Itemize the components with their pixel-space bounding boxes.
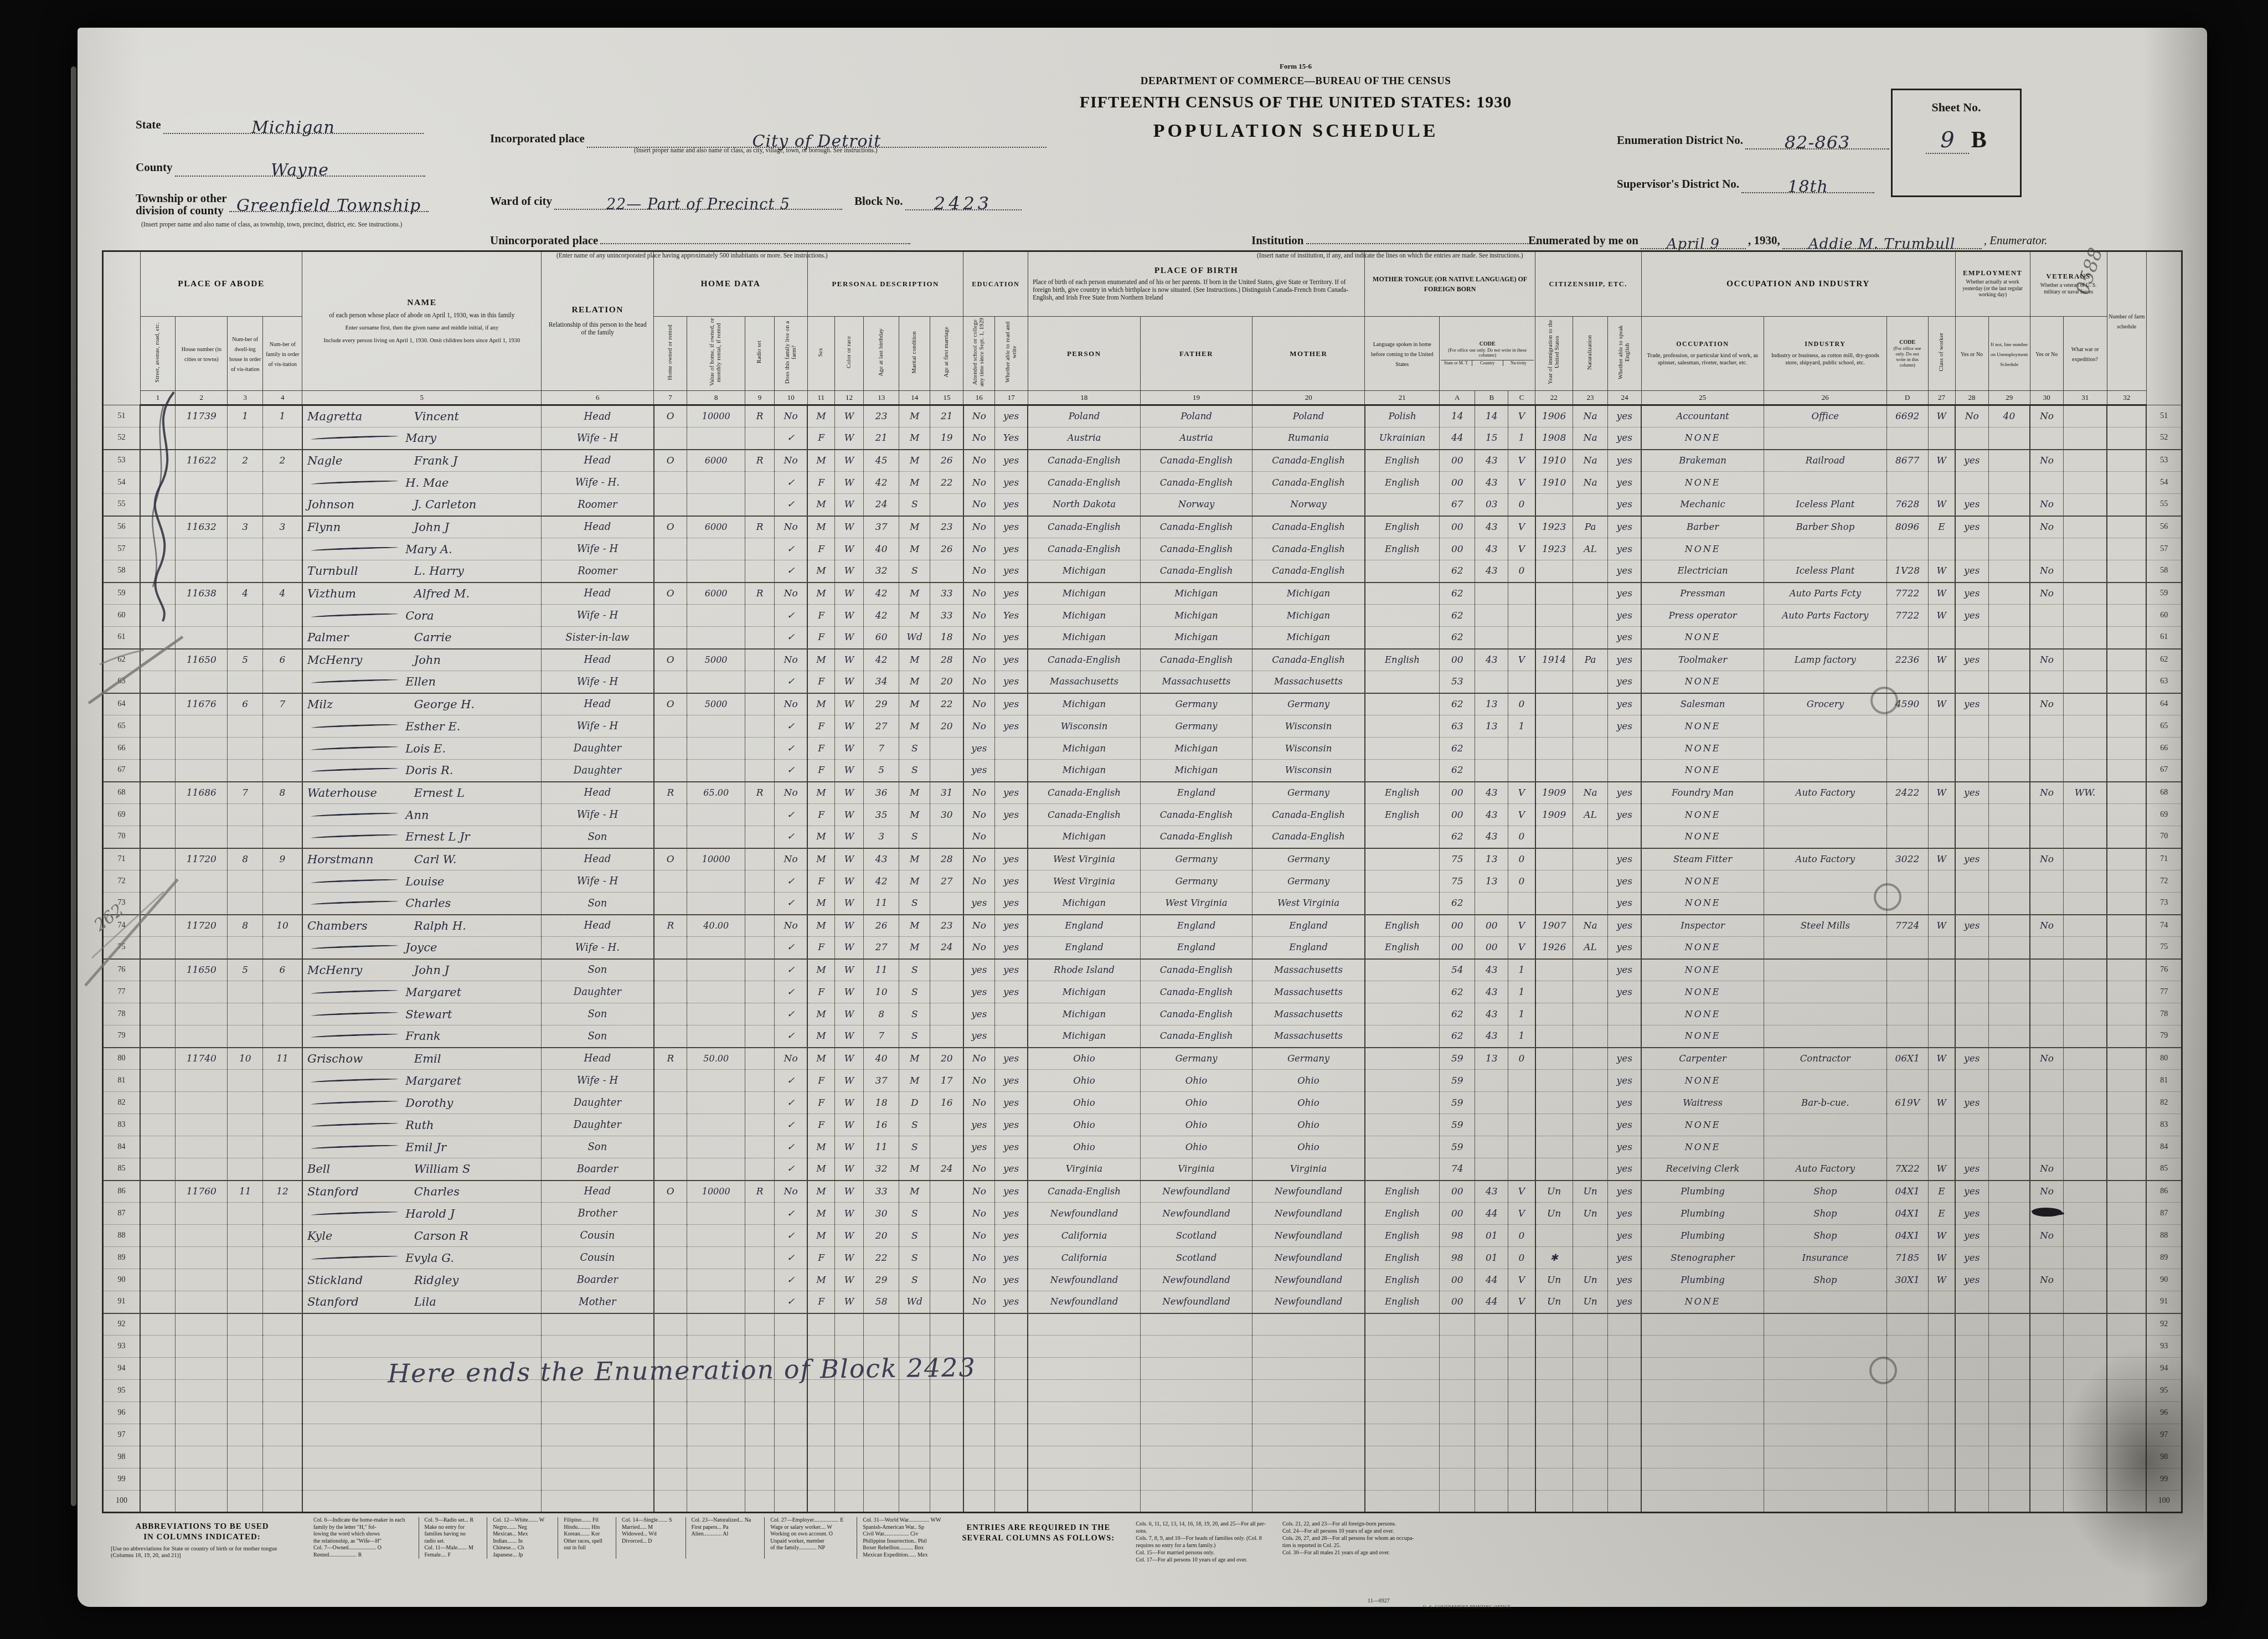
cell-birth-father: Norway [1140,494,1252,516]
cell-naturalization [1573,959,1608,981]
cell-birth-person: Canada-English [1028,516,1140,538]
cell-sex: F [807,1247,834,1269]
cell-class-of-worker [1928,1070,1955,1092]
cell-code-d [1886,937,1928,959]
cell-birth-mother: England [1252,915,1365,937]
cell-race: W [834,1203,864,1225]
cell-farm: ✓ [774,893,807,915]
cell-unemployment-line [1988,760,2030,782]
cell-radio [745,870,775,893]
cell-farm-schedule [2107,693,2146,715]
cell-radio [745,738,775,760]
line-number: 92 [2146,1313,2182,1336]
cell-school: No [963,1048,994,1070]
cell-race [834,1491,864,1513]
cell-naturalization: Un [1573,1203,1608,1225]
cell-code-d [1886,760,1928,782]
cell-age-married: 16 [930,1092,963,1114]
table-row: 85BellWilliam SBoarder✓MW32M24NoyesVirgi… [103,1158,2182,1181]
column-number: 5 [302,391,542,405]
cell-home-value [687,826,745,848]
cell-sex: F [807,1092,834,1114]
cell-code-a: 62 [1440,627,1475,649]
cell-unemployment-line [1988,915,2030,937]
cell-occupation: Toolmaker [1641,649,1764,671]
cell-relation: Boarder [542,1158,654,1181]
cell-code-a: 62 [1440,1003,1475,1025]
cell-name: JohnsonJ. Carleton [302,494,542,516]
table-row: 9999 [103,1468,2182,1491]
cell-street [140,1158,176,1181]
cell-house-number: 11686 [176,782,228,804]
cell-school: No [963,1092,994,1114]
cell-code-a: 00 [1440,1203,1475,1225]
cell-radio [745,826,775,848]
cell-read-write: yes [994,937,1028,959]
cell-relation: Boarder [542,1269,654,1291]
cell-code-d: 04X1 [1886,1203,1928,1225]
cell-radio [745,671,775,693]
cell-race: W [834,915,864,937]
cell-code-b [1475,583,1508,605]
column-number: 26 [1764,391,1887,405]
cell-english: yes [1608,516,1641,538]
header-naturalization: Naturalization [1573,317,1608,391]
cell-name: Ruth [302,1114,542,1136]
cell-code-d [1886,1402,1928,1424]
cell-english: yes [1608,427,1641,450]
cell-age-married: 24 [930,937,963,959]
cell-class-of-worker: W [1928,405,1955,427]
cell-school: yes [963,760,994,782]
cell-industry: Shop [1764,1181,1887,1203]
cell-house-number [176,804,228,826]
cell-code-a: 63 [1440,715,1475,738]
cell-owned-rented [654,1446,687,1468]
cell-class-of-worker [1928,1402,1955,1424]
cell-veteran [2030,1446,2063,1468]
cell-farm: ✓ [774,671,807,693]
column-number: 31 [2063,391,2107,405]
cell-age: 23 [864,405,899,427]
cell-english: yes [1608,1203,1641,1225]
cell-work-yesterday [1955,1424,1988,1446]
cell-dwelling [228,1402,263,1424]
cell-marital: M [899,848,930,870]
cell-birth-person: England [1028,915,1140,937]
cell-farm-schedule [2107,870,2146,893]
cell-birth-father: England [1140,915,1252,937]
cell-code-c: 0 [1508,1225,1535,1247]
incorporated-field: Incorporated place City of Detroit (Inse… [490,127,1047,148]
cell-industry [1764,472,1887,494]
line-number: 86 [2146,1181,2182,1203]
cell-birth-mother: Newfoundland [1252,1203,1365,1225]
cell-owned-rented [654,1203,687,1225]
cell-age-married [930,826,963,848]
cell-sex: M [807,494,834,516]
cell-war [2063,1070,2107,1092]
cell-class-of-worker: W [1928,1247,1955,1269]
column-number: 16 [963,391,994,405]
cell-sex: M [807,405,834,427]
cell-code-a: 62 [1440,1025,1475,1048]
cell-farm-schedule [2107,959,2146,981]
cell-birth-mother: Germany [1252,693,1365,715]
cell-dwelling [228,1468,263,1491]
cell-code-b [1475,671,1508,693]
cell-relation: Brother [542,1203,654,1225]
cell-birth-person: Newfoundland [1028,1291,1140,1313]
cell-immigration-year: Un [1535,1203,1573,1225]
line-number: 53 [2146,450,2182,472]
line-number: 89 [103,1247,141,1269]
cell-home-value: 10000 [687,848,745,870]
cell-war [2063,560,2107,583]
cell-race: W [834,560,864,583]
cell-naturalization: Pa [1573,649,1608,671]
cell-code-a [1440,1446,1475,1468]
cell-code-a: 62 [1440,760,1475,782]
cell-farm: ✓ [774,1269,807,1291]
cell-birth-mother: Ohio [1252,1070,1365,1092]
cell-language [1365,1114,1440,1136]
schedule-table-wrap: PLACE OF ABODE NAME of each person whose… [102,250,2183,1513]
cell-code-a: 67 [1440,494,1475,516]
cell-veteran [2030,1336,2063,1358]
cell-occupation [1641,1358,1764,1380]
column-number: 27 [1928,391,1955,405]
cell-war [2063,405,2107,427]
cell-class-of-worker: W [1928,915,1955,937]
cell-class-of-worker [1928,1424,1955,1446]
cell-age-married: 24 [930,1158,963,1181]
cell-english [1608,1358,1641,1380]
cell-read-write: yes [994,1048,1028,1070]
cell-street [140,1003,176,1025]
cell-family [263,1424,302,1446]
footer-abbrev-block: Col. 12—White....... W Negro....... Neg … [487,1517,544,1559]
cell-name: HorstmannCarl W. [302,848,542,870]
cell-birth-mother [1252,1380,1365,1402]
cell-work-yesterday [1955,1468,1988,1491]
cell-farm: ✓ [774,1025,807,1048]
cell-sex: F [807,715,834,738]
cell-home-value [687,1446,745,1468]
table-row: 91StanfordLilaMother✓FW58WdNoyesNewfound… [103,1291,2182,1313]
cell-age: 18 [864,1092,899,1114]
cell-english: yes [1608,893,1641,915]
cell-class-of-worker [1928,893,1955,915]
cell-unemployment-line [1988,804,2030,826]
cell-code-a: 62 [1440,981,1475,1003]
cell-immigration-year [1535,583,1573,605]
cell-marital: M [899,538,930,560]
cell-war [2063,693,2107,715]
cell-unemployment-line [1988,693,2030,715]
cell-veteran [2030,1380,2063,1402]
cell-occupation: Brakeman [1641,450,1764,472]
line-number: 52 [2146,427,2182,450]
cell-veteran: No [2030,693,2063,715]
cell-code-d: 8096 [1886,516,1928,538]
cell-radio [745,472,775,494]
cell-code-a: 75 [1440,848,1475,870]
table-row: 88KyleCarson RCousin✓MW20SNoyesCaliforni… [103,1225,2182,1247]
cell-naturalization [1573,1380,1608,1402]
cell-code-a: 00 [1440,915,1475,937]
cell-occupation [1641,1446,1764,1468]
cell-unemployment-line [1988,715,2030,738]
cell-birth-person: Ohio [1028,1092,1140,1114]
column-number: 18 [1028,391,1140,405]
cell-unemployment-line [1988,738,2030,760]
table-row: 591163844VizthumAlfred M.HeadO6000RNoMW4… [103,583,2182,605]
cell-name: NagleFrank J [302,450,542,472]
cell-code-d: 3022 [1886,848,1928,870]
cell-war [2063,870,2107,893]
cell-marital [899,1424,930,1446]
cell-home-value [687,1269,745,1291]
cell-birth-person [1028,1402,1140,1424]
column-number: 11 [807,391,834,405]
cell-work-yesterday [1955,1114,1988,1136]
supervisors-district-field: Supervisor's District No. 18th [1617,173,1874,193]
cell-naturalization: Pa [1573,516,1608,538]
cell-farm [774,1313,807,1336]
cell-sex: M [807,649,834,671]
cell-naturalization [1573,826,1608,848]
cell-family: 6 [263,959,302,981]
cell-english: yes [1608,959,1641,981]
cell-family: 11 [263,1048,302,1070]
cell-dwelling [228,1158,263,1181]
cell-relation: Head [542,1048,654,1070]
cell-code-c [1508,1424,1535,1446]
table-row: 61PalmerCarrieSister-in-law✓FW60Wd18Noye… [103,627,2182,649]
cell-dwelling [228,1114,263,1136]
cell-marital: S [899,1025,930,1048]
cell-age: 11 [864,893,899,915]
cell-farm-schedule [2107,1181,2146,1203]
header-house-number: House number (in cities or towns) [176,317,228,391]
cell-dwelling: 2 [228,450,263,472]
cell-home-value [687,715,745,738]
cell-farm-schedule [2107,1313,2146,1336]
header-home-data: HOME DATA [700,279,760,288]
cell-birth-mother [1252,1468,1365,1491]
cell-age: 5 [864,760,899,782]
cell-sex: M [807,693,834,715]
header-birth-person: PERSON [1028,317,1140,391]
cell-code-a: 00 [1440,782,1475,804]
cell-relation: Daughter [542,981,654,1003]
cell-work-yesterday [1955,893,1988,915]
cell-age-married [930,560,963,583]
line-number: 86 [103,1181,141,1203]
cell-sex: F [807,937,834,959]
table-row: 52MaryWife - H✓FW21M19NoYesAustriaAustri… [103,427,2182,450]
cell-work-yesterday [1955,959,1988,981]
header-veteran-yesno: Yes or No [2030,317,2063,391]
cell-immigration-year [1535,1336,1573,1358]
cell-age: 43 [864,848,899,870]
cell-code-b [1475,1491,1508,1513]
cell-work-yesterday [1955,427,1988,450]
cell-race: W [834,1269,864,1291]
cell-owned-rented: O [654,693,687,715]
cell-family [263,1358,302,1380]
cell-family [263,715,302,738]
cell-marital: S [899,560,930,583]
cell-owned-rented: R [654,782,687,804]
table-row: 9292 [103,1313,2182,1336]
cell-birth-mother: England [1252,937,1365,959]
cell-relation: Mother [542,1291,654,1313]
cell-dwelling [228,1092,263,1114]
cell-farm: No [774,782,807,804]
cell-home-value [687,1092,745,1114]
cell-family [263,1225,302,1247]
cell-birth-person: Michigan [1028,560,1140,583]
cell-code-a: 62 [1440,693,1475,715]
table-row: 66Lois E.Daughter✓FW7SyesMichiganMichiga… [103,738,2182,760]
cell-naturalization [1573,693,1608,715]
cell-code-b: 15 [1475,427,1508,450]
cell-occupation: Steam Fitter [1641,848,1764,870]
cell-home-value [687,538,745,560]
cell-birth-person: Massachusetts [1028,671,1140,693]
cell-dwelling [228,804,263,826]
cell-code-b [1475,1380,1508,1402]
table-row: 7411720810ChambersRalph H.HeadR40.00NoMW… [103,915,2182,937]
cell-birth-father: England [1140,782,1252,804]
cell-home-value [687,1003,745,1025]
cell-birth-mother: Massachusetts [1252,959,1365,981]
cell-code-a: 00 [1440,472,1475,494]
header-mother-tongue: MOTHER TONGUE (OR NATIVE LANGUAGE) OF FO… [1365,251,1535,317]
cell-unemployment-line [1988,1358,2030,1380]
cell-language [1365,1025,1440,1048]
cell-naturalization [1573,981,1608,1003]
cell-veteran: No [2030,516,2063,538]
cell-war [2063,915,2107,937]
cell-occupation: Waitress [1641,1092,1764,1114]
cell-naturalization [1573,605,1608,627]
cell-work-yesterday: yes [1955,560,1988,583]
line-number: 71 [2146,848,2182,870]
column-number: B [1475,391,1508,405]
cell-school: No [963,427,994,450]
cell-language [1365,893,1440,915]
column-number: D [1886,391,1928,405]
cell-work-yesterday: yes [1955,848,1988,870]
cell-code-d [1886,738,1928,760]
cell-sex: M [807,959,834,981]
cell-code-b: 43 [1475,472,1508,494]
cell-age-married [930,1203,963,1225]
cell-language: English [1365,1269,1440,1291]
cell-farm: ✓ [774,494,807,516]
cell-age [864,1446,899,1468]
cell-code-a: 00 [1440,804,1475,826]
cell-code-a: 62 [1440,605,1475,627]
cell-home-value [687,760,745,782]
cell-marital: S [899,1114,930,1136]
cell-sex: M [807,1136,834,1158]
cell-birth-person: Newfoundland [1028,1269,1140,1291]
cell-industry [1764,1358,1887,1380]
cell-birth-person: Austria [1028,427,1140,450]
cell-sex: M [807,516,834,538]
cell-code-b: 43 [1475,538,1508,560]
cell-age-married: 22 [930,693,963,715]
cell-farm-schedule [2107,450,2146,472]
cell-industry: Auto Parts Fcty [1764,583,1887,605]
cell-immigration-year [1535,1070,1573,1092]
cell-age: 42 [864,583,899,605]
cell-occupation: Stenographer [1641,1247,1764,1269]
cell-code-c: 0 [1508,1247,1535,1269]
table-row: 78StewartSon✓MW8SyesMichiganCanada-Engli… [103,1003,2182,1025]
cell-dwelling: 6 [228,693,263,715]
cell-birth-mother: Germany [1252,848,1365,870]
header-birth-mother: MOTHER [1252,317,1365,391]
cell-class-of-worker [1928,760,1955,782]
cell-english: yes [1608,649,1641,671]
cell-birth-mother: Massachusetts [1252,671,1365,693]
cell-relation: Wife - H [542,538,654,560]
cell-farm: No [774,649,807,671]
line-number: 55 [2146,494,2182,516]
cell-marital: M [899,782,930,804]
cell-naturalization: Un [1573,1181,1608,1203]
line-number: 87 [103,1203,141,1225]
cell-marital [899,1468,930,1491]
line-number: 64 [2146,693,2182,715]
cell-work-yesterday [1955,1136,1988,1158]
cell-sex: M [807,450,834,472]
cell-immigration-year [1535,760,1573,782]
cell-age-married: 28 [930,848,963,870]
cell-farm: ✓ [774,1158,807,1181]
cell-unemployment-line [1988,1446,2030,1468]
cell-class-of-worker: W [1928,649,1955,671]
cell-unemployment-line [1988,671,2030,693]
cell-school: No [963,1203,994,1225]
cell-farm: ✓ [774,959,807,981]
cell-read-write: Yes [994,605,1028,627]
cell-work-yesterday [1955,1025,1988,1048]
cell-war [2063,893,2107,915]
cell-name [302,1491,542,1513]
cell-school: No [963,1158,994,1181]
cell-farm-schedule [2107,826,2146,848]
cell-birth-mother [1252,1491,1365,1513]
cell-code-c: V [1508,1291,1535,1313]
cell-immigration-year [1535,1158,1573,1181]
cell-radio [745,649,775,671]
cell-veteran [2030,981,2063,1003]
cell-english: yes [1608,1048,1641,1070]
cell-birth-mother [1252,1424,1365,1446]
cell-school: No [963,538,994,560]
cell-work-yesterday [1955,760,1988,782]
column-number: 15 [930,391,963,405]
cell-occupation: NONE [1641,870,1764,893]
cell-industry [1764,981,1887,1003]
table-row: 70Ernest L JrSon✓MW3SNoMichiganCanada-En… [103,826,2182,848]
